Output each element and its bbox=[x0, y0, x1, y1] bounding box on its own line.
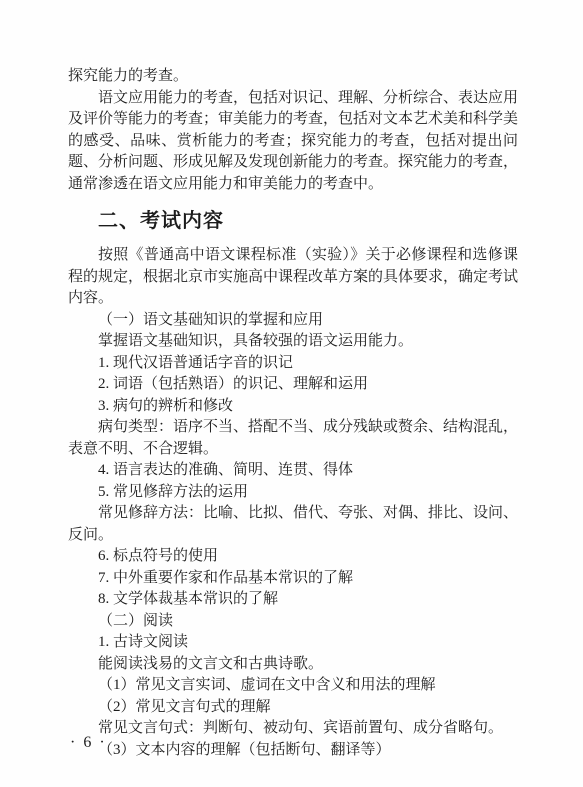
subsection-1-lead: 掌握语文基础知识，具备较强的语文运用能力。 bbox=[68, 331, 518, 353]
list-item-note: 常见文言句式：判断句、被动句、宾语前置句、成分省略句。 bbox=[68, 718, 518, 740]
section-intro-paragraph: 按照《普通高中语文课程标准（实验）》关于必修课程和选修课程的规定，根据北京市实施… bbox=[68, 245, 518, 310]
continuation-paragraph: 探究能力的考查。 bbox=[68, 66, 518, 88]
list-item: 5. 常见修辞方法的运用 bbox=[68, 482, 518, 504]
list-item: （2）常见文言句式的理解 bbox=[68, 697, 518, 719]
page-number: · 6 · bbox=[70, 733, 107, 753]
list-item-note: 病句类型：语序不当、搭配不当、成分残缺或赘余、结构混乱，表意不明、不合逻辑。 bbox=[68, 417, 518, 460]
page-content: 探究能力的考查。 语文应用能力的考查，包括对识记、理解、分析综合、表达应用及评价… bbox=[68, 66, 518, 761]
list-item: 6. 标点符号的使用 bbox=[68, 546, 518, 568]
list-item: 2. 词语（包括熟语）的识记、理解和运用 bbox=[68, 374, 518, 396]
list-item: 1. 古诗文阅读 bbox=[68, 632, 518, 654]
list-item: 3. 病句的辨析和修改 bbox=[68, 396, 518, 418]
list-item: 能阅读浅易的文言文和古典诗歌。 bbox=[68, 654, 518, 676]
list-item: （1）常见文言实词、虚词在文中含义和用法的理解 bbox=[68, 675, 518, 697]
list-item-note: 常见修辞方法：比喻、比拟、借代、夸张、对偶、排比、设问、反问。 bbox=[68, 503, 518, 546]
list-item: （3）文本内容的理解（包括断句、翻译等） bbox=[68, 740, 518, 762]
document-page: 探究能力的考查。 语文应用能力的考查，包括对识记、理解、分析综合、表达应用及评价… bbox=[0, 0, 583, 787]
list-item: 8. 文学体裁基本常识的了解 bbox=[68, 589, 518, 611]
list-item: 1. 现代汉语普通话字音的识记 bbox=[68, 353, 518, 375]
list-item: 7. 中外重要作家和作品基本常识的了解 bbox=[68, 568, 518, 590]
intro-paragraph: 语文应用能力的考查，包括对识记、理解、分析综合、表达应用及评价等能力的考查；审美… bbox=[68, 88, 518, 196]
subsection-1-title: （一）语文基础知识的掌握和应用 bbox=[68, 310, 518, 332]
subsection-2-title: （二）阅读 bbox=[68, 611, 518, 633]
list-item: 4. 语言表达的准确、简明、连贯、得体 bbox=[68, 460, 518, 482]
section-heading: 二、考试内容 bbox=[68, 208, 518, 234]
